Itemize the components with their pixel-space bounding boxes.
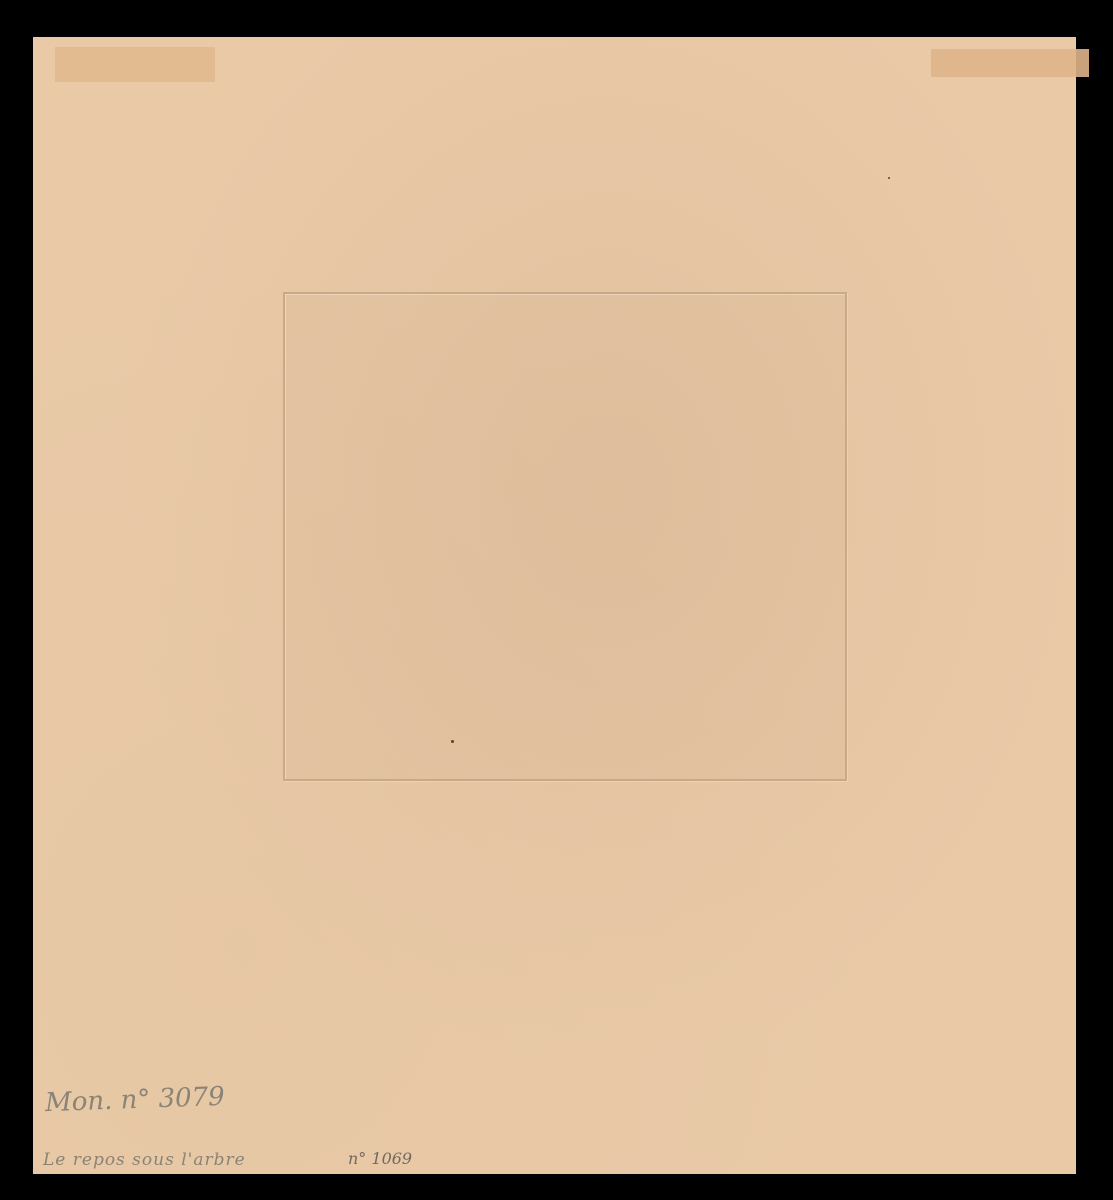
- ink-spot: [451, 740, 454, 743]
- inventory-number-note: n° 1069: [348, 1149, 412, 1168]
- catalog-number-note: Mon. n° 3079: [45, 1082, 226, 1118]
- tape-left: [55, 47, 215, 82]
- ink-spot: [888, 177, 890, 179]
- tape-right: [931, 49, 1089, 77]
- plate-mark: [283, 292, 847, 781]
- paper-sheet: Mon. n° 3079 Le repos sous l'arbre n° 10…: [33, 37, 1076, 1174]
- title-note: Le repos sous l'arbre: [43, 1150, 246, 1170]
